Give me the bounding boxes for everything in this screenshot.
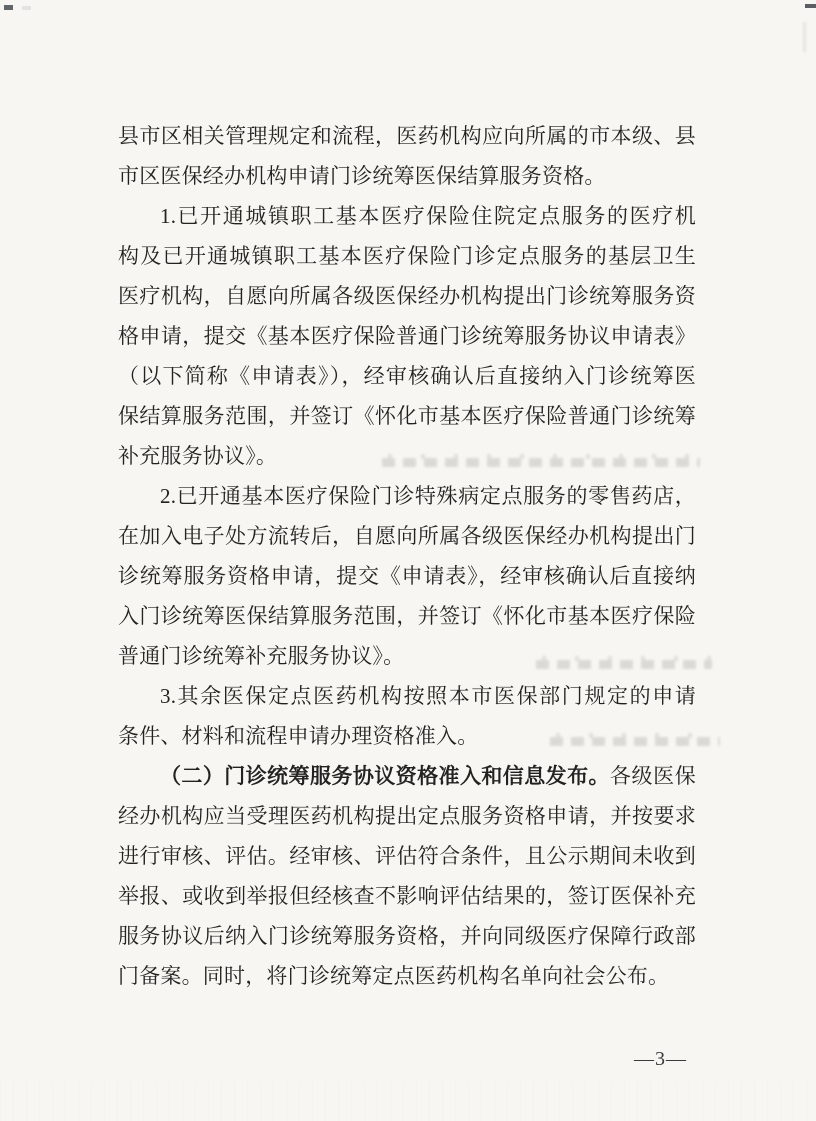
text-line: 诊统筹服务资格申请，提交《申请表》，经审核确认后直接纳 [118,556,696,596]
text-segment: 各级医保 [610,764,696,788]
paragraph: （二）门诊统筹服务协议资格准入和信息发布。各级医保经办机构应当受理医药机构提出定… [118,756,696,996]
text-segment: 3.其余医保定点医药机构按照本市医保部门规定的申请 [160,684,696,708]
text-line: 门备案。同时，将门诊统筹定点医药机构名单向社会公布。 [118,956,696,996]
text-line: 在加入电子处方流转后，自愿向所属各级医保经办机构提出门 [118,516,696,556]
text-line: 2.已开通基本医疗保险门诊特殊病定点服务的零售药店， [118,476,696,516]
text-segment: 县市区相关管理规定和流程，医药机构应向所属的市本级、县 [118,124,696,148]
text-line: 入门诊统筹医保结算服务范围，并签订《怀化市基本医疗保险 [118,596,696,636]
scan-artifact-topright [805,4,816,8]
text-segment: （以下简称《申请表》），经审核确认后直接纳入门诊统筹医 [118,364,696,388]
text-segment: 入门诊统筹医保结算服务范围，并签订《怀化市基本医疗保险 [118,604,696,628]
text-line: （以下简称《申请表》），经审核确认后直接纳入门诊统筹医 [118,356,696,396]
text-line: 格申请，提交《基本医疗保险普通门诊统筹服务协议申请表》 [118,316,696,356]
text-line: 补充服务协议》。 [118,436,696,476]
text-segment: 市区医保经办机构申请门诊统筹医保结算服务资格。 [118,164,606,188]
text-line: 举报、或收到举报但经核查不影响评估结果的，签订医保补充 [118,876,696,916]
text-segment: 条件、材料和流程申请办理资格准入。 [118,724,478,748]
scanned-document-page: 县市区相关管理规定和流程，医药机构应向所属的市本级、县市区医保经办机构申请门诊统… [0,0,816,1121]
text-segment: 补充服务协议》。 [118,444,277,468]
text-segment: 1.已开通城镇职工基本医疗保险住院定点服务的医疗机 [160,204,696,228]
document-body: 县市区相关管理规定和流程，医药机构应向所属的市本级、县市区医保经办机构申请门诊统… [118,116,696,996]
text-line: （二）门诊统筹服务协议资格准入和信息发布。各级医保 [118,756,696,796]
text-segment: 构及已开通城镇职工基本医疗保险门诊定点服务的基层卫生 [118,244,696,268]
scan-artifact-topleft-faint [22,6,31,10]
text-segment: 举报、或收到举报但经核查不影响评估结果的，签订医保补充 [118,884,696,908]
text-segment: 格申请，提交《基本医疗保险普通门诊统筹服务协议申请表》 [118,324,696,348]
text-segment: 服务协议后纳入门诊统筹服务资格，并向同级医疗保障行政部 [118,924,696,948]
text-segment: 保结算服务范围，并签订《怀化市基本医疗保险普通门诊统筹 [118,404,696,428]
paragraph: 县市区相关管理规定和流程，医药机构应向所属的市本级、县市区医保经办机构申请门诊统… [118,116,696,196]
text-segment: 进行审核、评估。经审核、评估符合条件，且公示期间未收到 [118,844,696,868]
text-line: 条件、材料和流程申请办理资格准入。 [118,716,696,756]
text-line: 进行审核、评估。经审核、评估符合条件，且公示期间未收到 [118,836,696,876]
paragraph: 2.已开通基本医疗保险门诊特殊病定点服务的零售药店，在加入电子处方流转后，自愿向… [118,476,696,676]
text-segment: 经办机构应当受理医药机构提出定点服务资格申请，并按要求 [118,804,696,828]
text-line: 普通门诊统筹补充服务协议》。 [118,636,696,676]
scan-artifact-right-streak [803,22,806,52]
text-line: 市区医保经办机构申请门诊统筹医保结算服务资格。 [118,156,696,196]
text-segment: 2.已开通基本医疗保险门诊特殊病定点服务的零售药店， [160,484,696,508]
text-segment: 诊统筹服务资格申请，提交《申请表》，经审核确认后直接纳 [118,564,696,588]
paragraph: 3.其余医保定点医药机构按照本市医保部门规定的申请条件、材料和流程申请办理资格准… [118,676,696,756]
text-line: 保结算服务范围，并签订《怀化市基本医疗保险普通门诊统筹 [118,396,696,436]
text-line: 经办机构应当受理医药机构提出定点服务资格申请，并按要求 [118,796,696,836]
text-line: 构及已开通城镇职工基本医疗保险门诊定点服务的基层卫生 [118,236,696,276]
text-line: 县市区相关管理规定和流程，医药机构应向所属的市本级、县 [118,116,696,156]
text-line: 1.已开通城镇职工基本医疗保险住院定点服务的医疗机 [118,196,696,236]
text-line: 3.其余医保定点医药机构按照本市医保部门规定的申请 [118,676,696,716]
text-segment: 在加入电子处方流转后，自愿向所属各级医保经办机构提出门 [118,524,696,548]
text-segment: 医疗机构，自愿向所属各级医保经办机构提出门诊统筹服务资 [118,284,696,308]
text-segment: 普通门诊统筹补充服务协议》。 [118,644,404,668]
text-line: 医疗机构，自愿向所属各级医保经办机构提出门诊统筹服务资 [118,276,696,316]
page-number: —3— [634,1046,687,1072]
text-line: 服务协议后纳入门诊统筹服务资格，并向同级医疗保障行政部 [118,916,696,956]
bold-section-heading: （二）门诊统筹服务协议资格准入和信息发布。 [160,765,610,788]
scan-artifact-topleft [4,5,13,10]
paragraph: 1.已开通城镇职工基本医疗保险住院定点服务的医疗机构及已开通城镇职工基本医疗保险… [118,196,696,476]
text-segment: 门备案。同时，将门诊统筹定点医药机构名单向社会公布。 [118,964,669,988]
